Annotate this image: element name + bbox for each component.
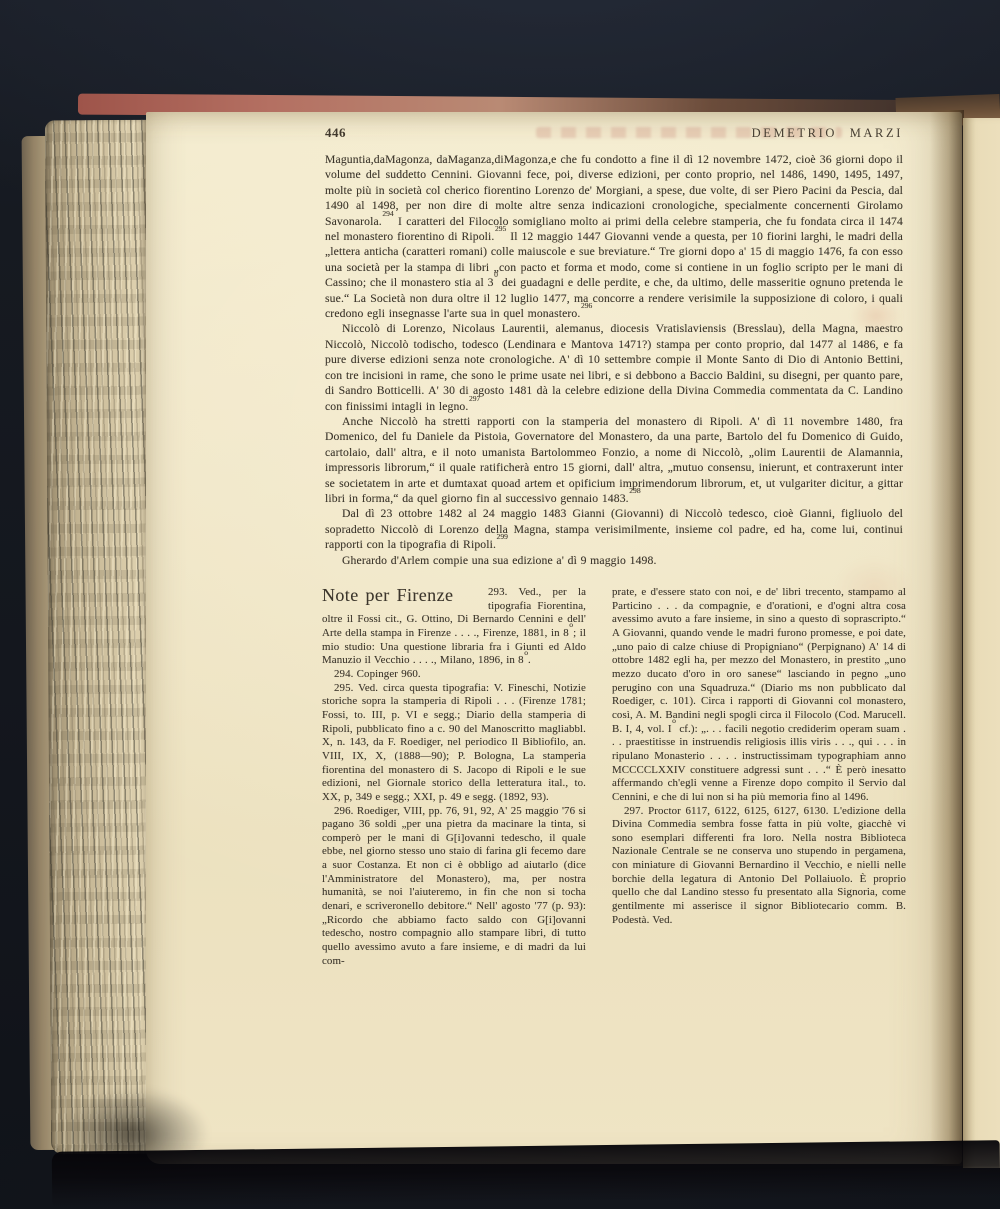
body-paragraph: Anche Niccolò ha stretti rapporti con la… [325,414,903,506]
page-header: 446 DEMETRIO MARZI [325,125,903,143]
body-paragraph: Dal dì 23 ottobre 1482 al 24 maggio 1483… [325,506,903,552]
footnotes-column-right: prate, e d'essere stato con noi, e de' l… [612,586,906,927]
book-page: 446 DEMETRIO MARZI Maguntia,daMagonza, d… [146,112,962,1164]
book-fore-edge-pages [45,120,153,1155]
footnote: prate, e d'essere stato con noi, e de' l… [612,586,906,805]
footnote: 297. Proctor 6117, 6122, 6125, 6127, 613… [612,805,906,928]
footnote: 294. Copinger 960. [322,668,586,682]
photo-background: 446 DEMETRIO MARZI Maguntia,daMagonza, d… [0,0,1000,1209]
notes-section-heading: Note per Firenze [322,586,488,613]
body-paragraph: Niccolò di Lorenzo, Nicolaus Laurentii, … [325,321,903,413]
footnote: 295. Ved. circa questa tipografia: V. Fi… [322,682,586,805]
footnote: 296. Roediger, VIII, pp. 76, 91, 92, A' … [322,805,586,969]
body-text-block: Maguntia,daMagonza, daMaganza,diMagonza,… [325,152,903,568]
book-gutter-shadow [930,110,964,1166]
body-paragraph: Gherardo d'Arlem compie una sua edizione… [325,553,903,568]
footnotes-column-left: Note per Firenze 293. Ved., per la tipog… [322,586,586,968]
next-page-edge [963,118,1000,1168]
book-bottom-shadow [52,1140,1000,1208]
page-number: 446 [325,125,346,141]
body-paragraph: Maguntia,daMagonza, daMaganza,diMagonza,… [325,152,903,321]
running-header: DEMETRIO MARZI [752,126,903,141]
